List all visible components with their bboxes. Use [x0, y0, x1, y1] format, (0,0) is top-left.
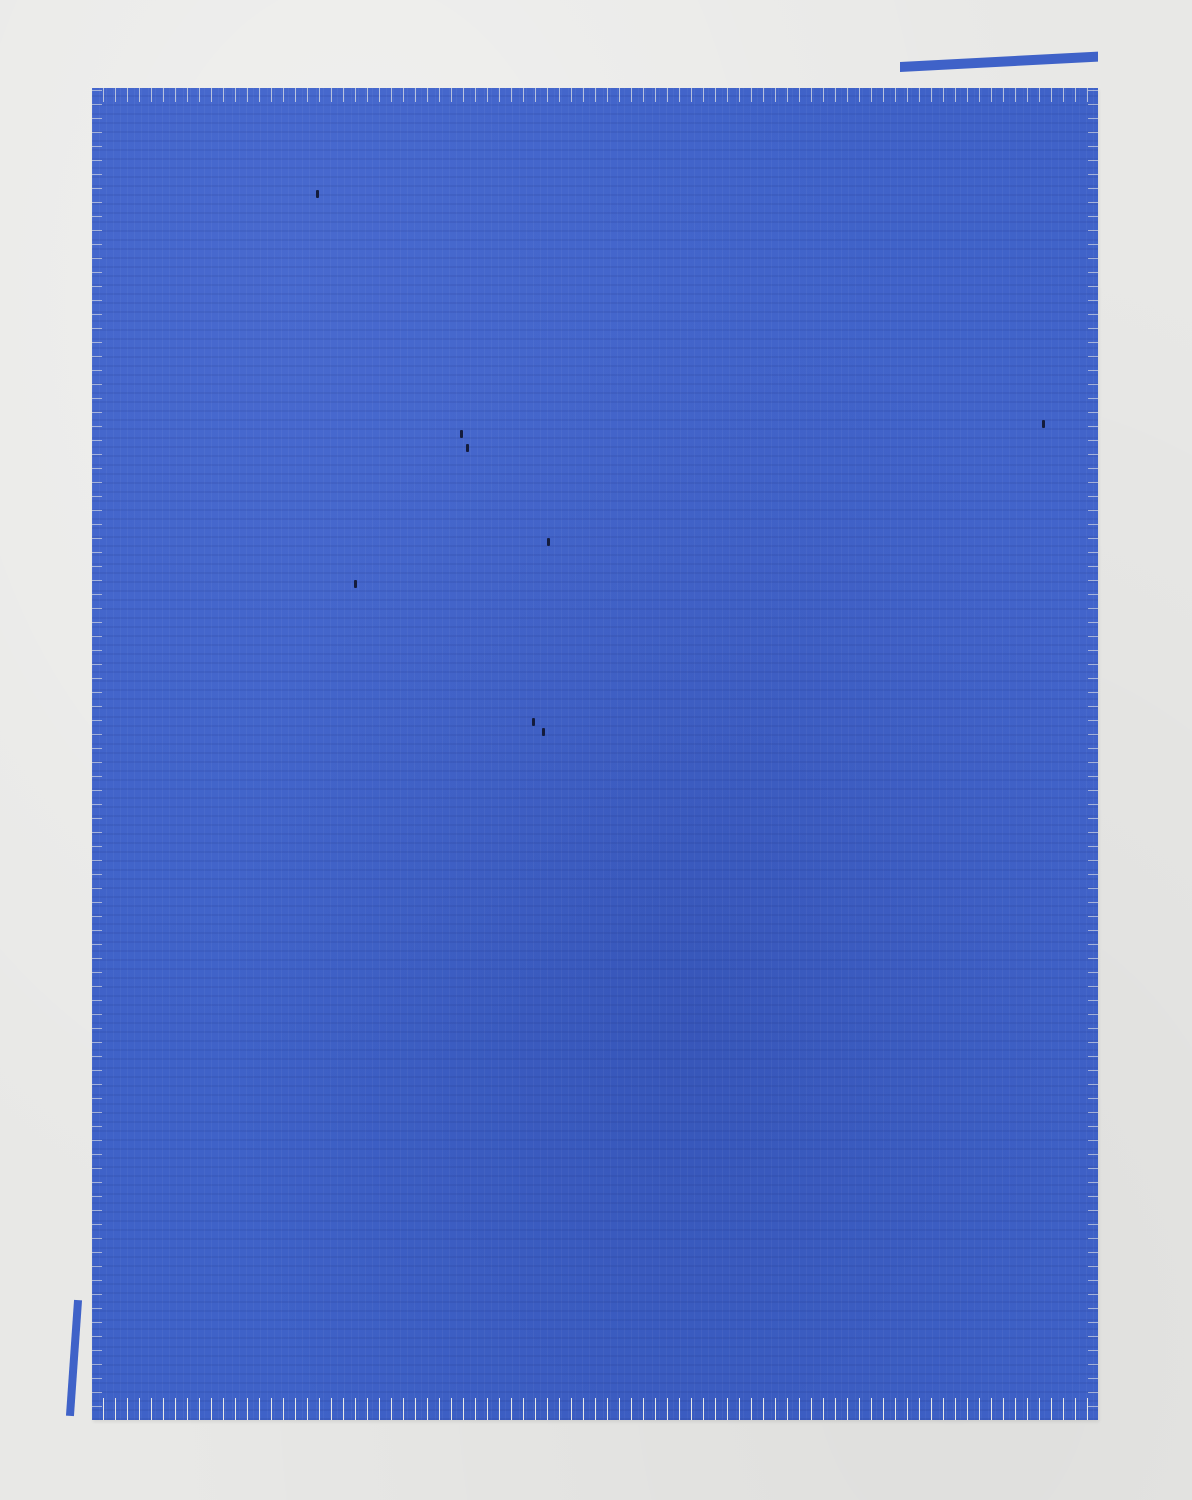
hole [547, 538, 550, 546]
hole [1042, 420, 1045, 428]
hole [460, 430, 463, 438]
hole [532, 718, 535, 726]
top-fringe [92, 88, 1098, 102]
left-fringe [92, 88, 102, 1420]
hole [466, 444, 469, 452]
right-fringe [1088, 88, 1098, 1420]
hole [542, 728, 545, 736]
bottom-fringe [92, 1398, 1098, 1420]
hole [316, 190, 319, 198]
hole [354, 580, 357, 588]
blue-textile-artwork [92, 88, 1098, 1420]
